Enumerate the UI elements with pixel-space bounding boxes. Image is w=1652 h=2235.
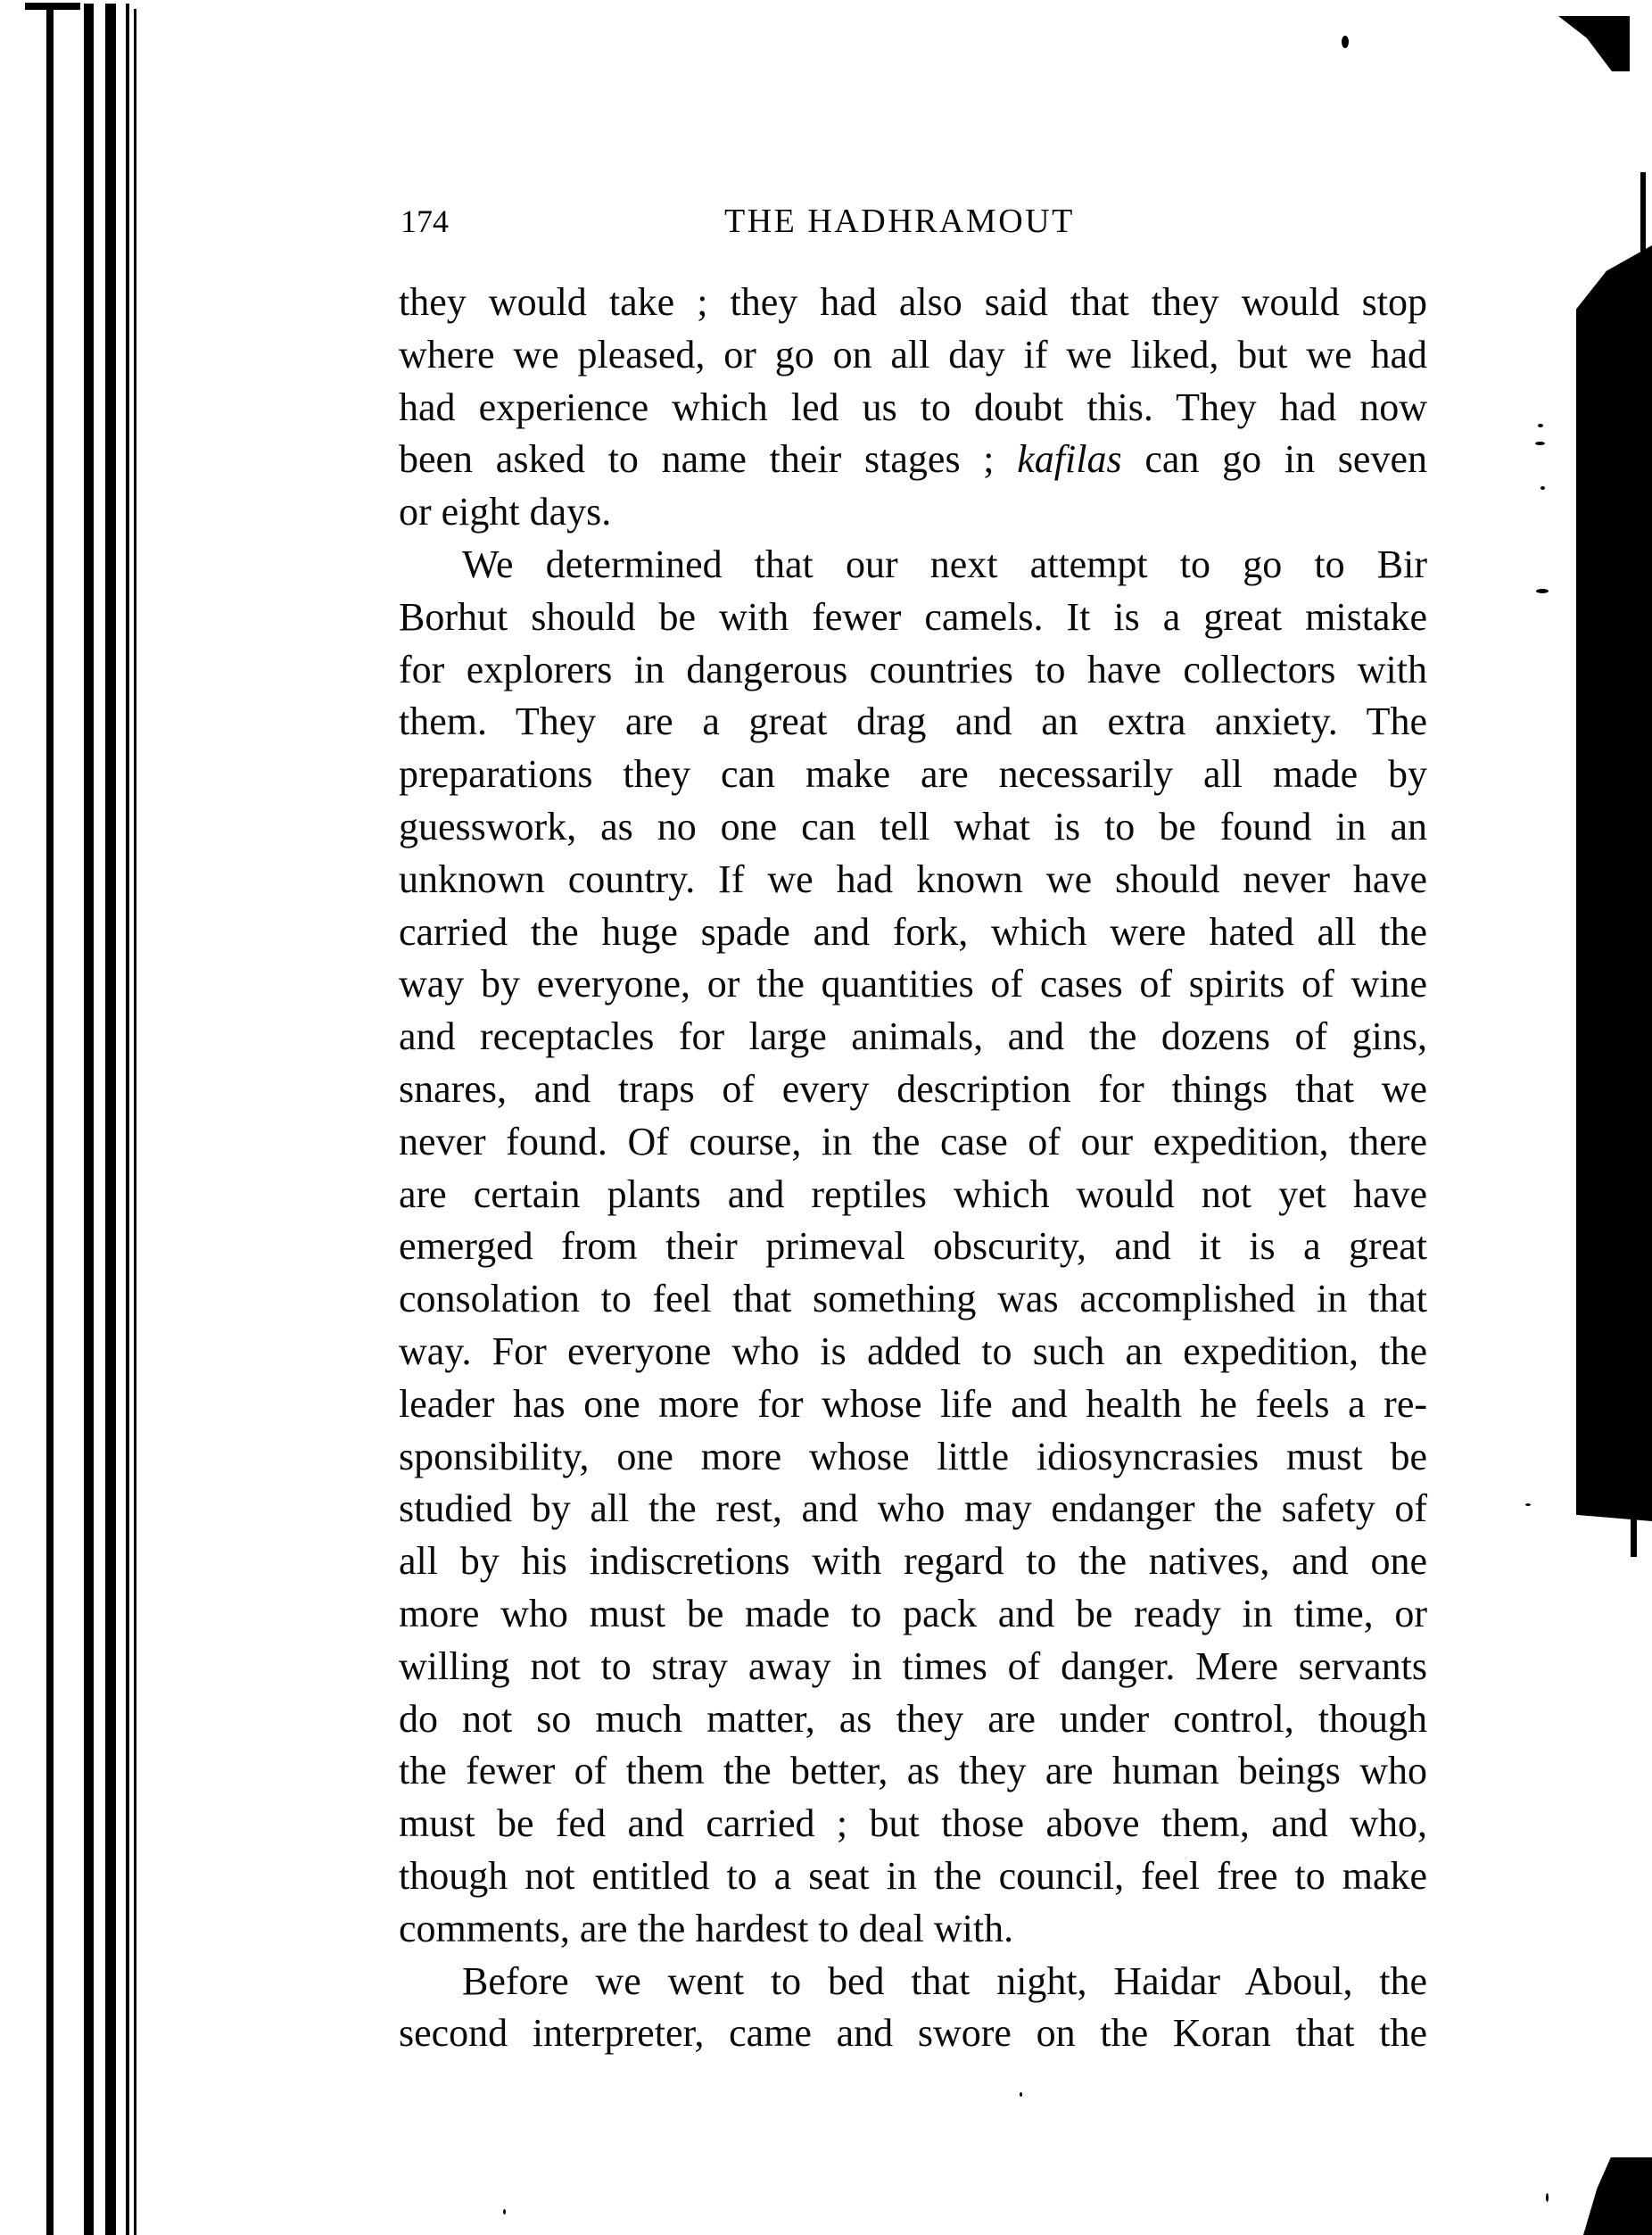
- text-line: though not entitled to a seat in the cou…: [399, 1850, 1427, 1903]
- scan-speck: [1020, 2092, 1022, 2097]
- scan-speck: [1525, 1503, 1531, 1506]
- text-line: where we pleased, or go on all day if we…: [399, 329, 1427, 382]
- binding-line: [134, 9, 136, 2235]
- binding-line: [105, 4, 116, 2235]
- text-line: do not so much matter, as they are under…: [399, 1693, 1427, 1746]
- page-edge-shadow-middle: [1576, 245, 1652, 1521]
- binding-line: [84, 4, 94, 2235]
- text-line: consolation to feel that something was a…: [399, 1273, 1427, 1326]
- italic-term: kafilas: [1017, 437, 1121, 481]
- text-line: for explorers in dangerous countries to …: [399, 644, 1427, 697]
- text-line: had experience which led us to doubt thi…: [399, 382, 1427, 435]
- scan-speck: [1536, 589, 1549, 593]
- page-number: 174: [401, 202, 449, 241]
- text-line: the fewer of them the better, as they ar…: [399, 1745, 1427, 1798]
- scan-speck: [1540, 486, 1545, 490]
- scan-speck: [503, 2209, 506, 2214]
- text-line: comments, are the hardest to deal with.: [399, 1903, 1427, 1956]
- text-line: carried the huge spade and fork, which w…: [399, 906, 1427, 959]
- text-line: never found. Of course, in the case of o…: [399, 1116, 1427, 1169]
- text-line: snares, and traps of every description f…: [399, 1064, 1427, 1116]
- text-line: or eight days.: [399, 486, 1427, 539]
- text-line: sponsibility, one more whose little idio…: [399, 1431, 1427, 1484]
- page-edge-strip: [1631, 1517, 1637, 1557]
- text-line: them. They are a great drag and an extra…: [399, 696, 1427, 749]
- text-line: Borhut should be with fewer camels. It i…: [399, 592, 1427, 644]
- text-line: been asked to name their stages ; kafila…: [399, 434, 1427, 486]
- text-line: preparations they can make are necessari…: [399, 749, 1427, 801]
- text-line: studied by all the rest, and who may end…: [399, 1483, 1427, 1536]
- text-line: way by everyone, or the quantities of ca…: [399, 958, 1427, 1011]
- text-run: can go in seven: [1122, 437, 1427, 481]
- paragraph-first-line: We determined that our next attempt to g…: [399, 539, 1427, 592]
- scan-speck: [1535, 442, 1545, 445]
- text-line: must be fed and carried ; but those abov…: [399, 1798, 1427, 1850]
- binding-line: [126, 4, 129, 2235]
- text-line: are certain plants and reptiles which wo…: [399, 1169, 1427, 1221]
- page-edge-shadow-top: [1558, 16, 1630, 71]
- text-line: second interpreter, came and swore on th…: [399, 2007, 1427, 2060]
- scan-speck: [1538, 424, 1543, 427]
- text-line: emerged from their primeval obscurity, a…: [399, 1221, 1427, 1273]
- body-text: they would take ; they had also said tha…: [399, 277, 1427, 2060]
- binding-line: [46, 7, 54, 2235]
- running-title: THE HADHRAMOUT: [724, 202, 1075, 241]
- scan-speck: [1546, 2193, 1549, 2202]
- running-head: 174 THE HADHRAMOUT: [399, 202, 1427, 241]
- text-line: willing not to stray away in times of da…: [399, 1641, 1427, 1693]
- text-line: way. For everyone who is added to such a…: [399, 1326, 1427, 1378]
- text-line: more who must be made to pack and be rea…: [399, 1588, 1427, 1641]
- text-line: all by his indiscretions with regard to …: [399, 1536, 1427, 1588]
- text-run: been asked to name their stages ;: [399, 437, 1017, 481]
- text-line: and receptacles for large animals, and t…: [399, 1011, 1427, 1064]
- text-line: unknown country. If we had known we shou…: [399, 854, 1427, 906]
- paragraph-first-line: Before we went to bed that night, Haidar…: [399, 1956, 1427, 2008]
- text-line: they would take ; they had also said tha…: [399, 277, 1427, 329]
- scan-speck: [1342, 36, 1349, 48]
- page-edge-shadow-bottom: [1583, 2157, 1652, 2235]
- text-line: leader has one more for whose life and h…: [399, 1378, 1427, 1431]
- text-line: guesswork, as no one can tell what is to…: [399, 801, 1427, 854]
